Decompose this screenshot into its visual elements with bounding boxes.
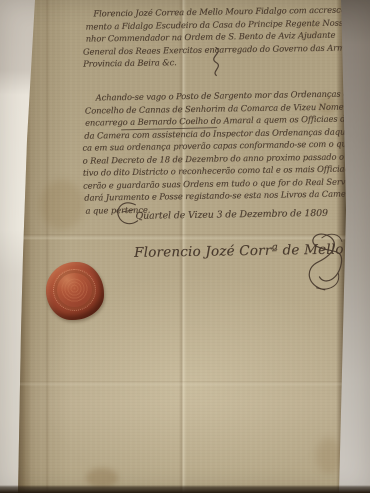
text-line: mento a Fidalgo Escudeiro da Casa do Pri… <box>85 18 361 31</box>
text-line: encarrego a Bernardo Coelho do Amaral a … <box>85 114 370 127</box>
signature: Florencio Jozé Corrª de Mello <box>134 244 344 261</box>
paper-sheet: Florencio Jozé Correa de Mello Mouro Fid… <box>0 0 370 493</box>
text-line: nhor Commendador na Ordem de S. Bento de… <box>86 31 336 43</box>
text-line: o Real Decreto de 18 de Dezembro do anno… <box>83 151 370 164</box>
wax-seal-emblem <box>61 277 88 303</box>
text-line: dará Juramento e Posse registando-se est… <box>84 189 354 202</box>
wax-seal <box>46 262 104 320</box>
text-line: tivo do dito Districto o reconhecerão co… <box>83 164 370 177</box>
dateline: Quartel de Vizeu 3 de Dezembro de 1809 <box>135 209 327 221</box>
text-line: ca em sua ordenança proverão capas confo… <box>82 139 370 152</box>
text-line: Achando-se vago o Posto de Sargento mor … <box>96 89 354 101</box>
signature-rubric-icon <box>294 227 353 298</box>
text-line: Concelho de Cannas de Senhorim da Comarc… <box>85 102 359 115</box>
text-line: Provincia da Beira &c. <box>83 58 177 68</box>
handwritten-text: Florencio Jozé Correa de Mello Mouro Fid… <box>0 0 370 493</box>
table-shadow <box>0 485 370 493</box>
manuscript-photo: Florencio Jozé Correa de Mello Mouro Fid… <box>0 0 370 493</box>
text-line: Florencio Jozé Correa de Mello Mouro Fid… <box>93 5 359 18</box>
text-line: cerão e guardarão suas Ordens em tudo o … <box>83 176 370 189</box>
text-line: General dos Reaes Exercitos encarregado … <box>83 43 367 56</box>
